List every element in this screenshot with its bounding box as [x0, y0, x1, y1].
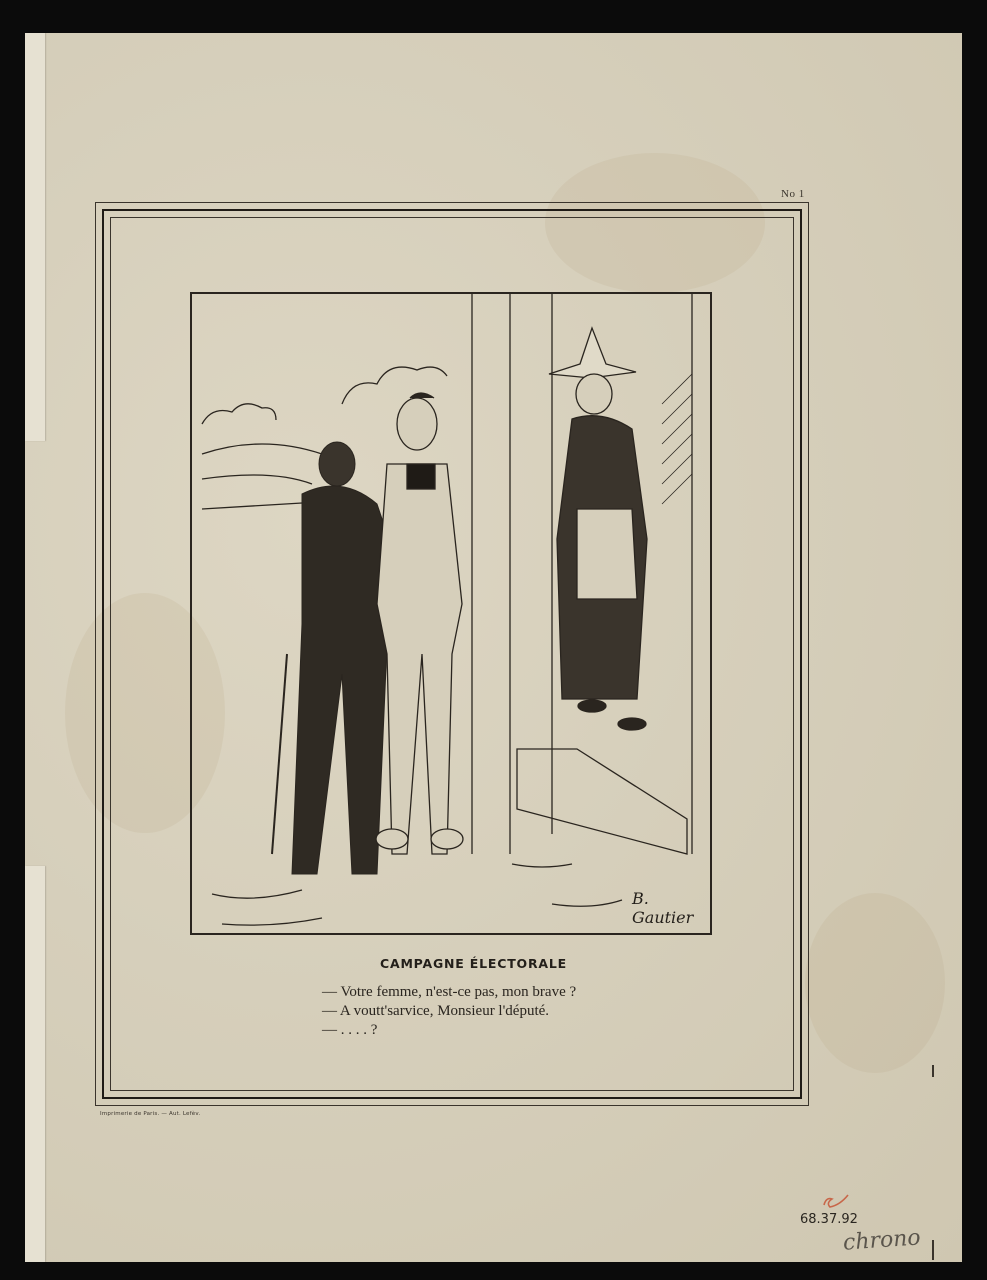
- hinge-strip-bottom: [25, 866, 45, 1262]
- hinge-strip-top: [25, 33, 45, 441]
- printer-imprint: Imprimerie de Paris. — Aut. Lefèv.: [100, 1111, 200, 1117]
- plate-number: No 1: [781, 188, 805, 200]
- caption-line-3: — . . . . ?: [322, 1022, 377, 1039]
- accession-number: 68.37.92: [800, 1212, 858, 1227]
- illustration-drawing: [192, 294, 710, 933]
- caricature-illustration: B. Gautier: [190, 292, 712, 935]
- paper-stain: [805, 893, 945, 1073]
- caption-title: CAMPAGNE ÉLECTORALE: [380, 956, 567, 971]
- caption-line-2: — A voutt'sarvice, Monsieur l'député.: [322, 1003, 549, 1020]
- check-mark-icon: [820, 1193, 850, 1213]
- caption-line-1: — Votre femme, n'est-ce pas, mon brave ?: [322, 984, 576, 1001]
- margin-mark: [932, 1240, 934, 1260]
- margin-mark: [932, 1065, 934, 1077]
- artist-signature: B. Gautier: [632, 889, 710, 927]
